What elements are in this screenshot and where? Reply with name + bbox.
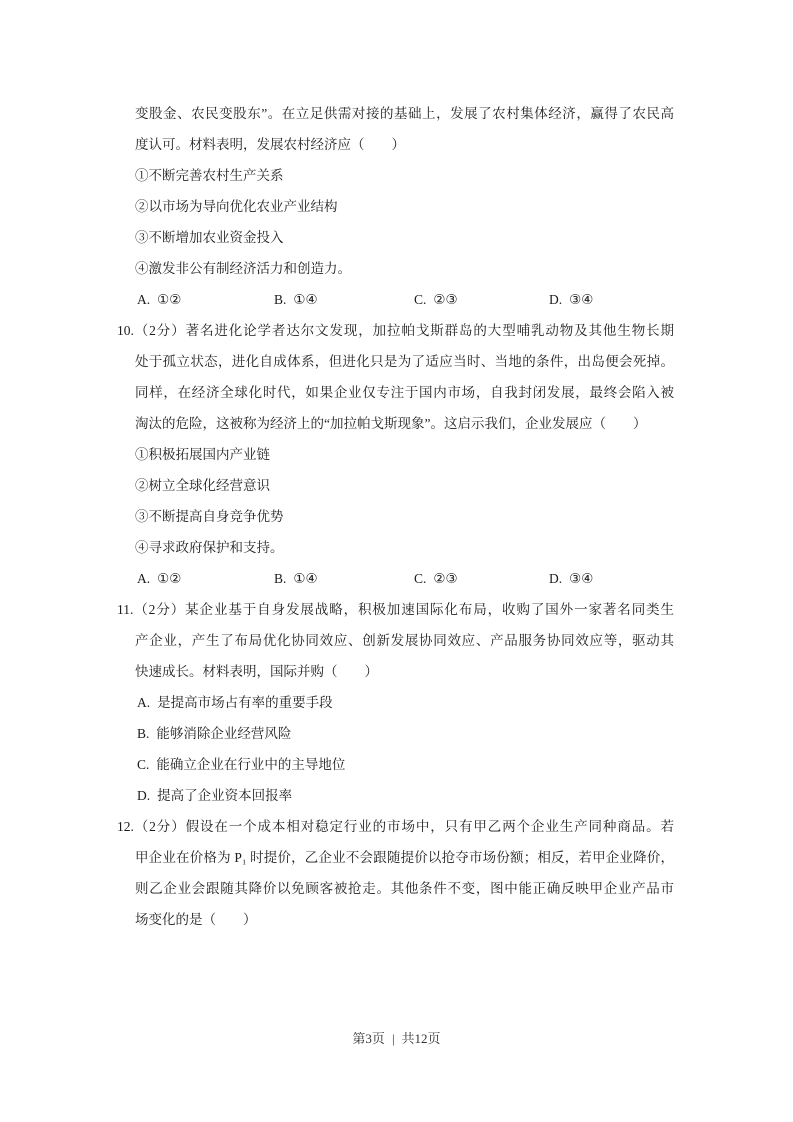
- question-12: 12.（2分）假设在一个成本相对稳定行业的市场中，只有甲乙两个企业生产同种商品。…: [117, 811, 674, 935]
- question-text-line: 10.（2分）著名进化论学者达尔文发现，加拉帕戈斯群岛的大型哺乳动物及其他生物长…: [117, 315, 674, 346]
- question-text-line: 12.（2分）假设在一个成本相对稳定行业的市场中，只有甲乙两个企业生产同种商品。…: [117, 811, 674, 842]
- choice-label: A.: [137, 571, 150, 586]
- question-text-line: 度认可。材料表明，发展农村经济应（ ）: [117, 129, 674, 160]
- option-text: 能确立企业在行业中的主导地位: [156, 757, 345, 772]
- choice-row: A.①② B.①④ C.②③ D.③④: [117, 563, 674, 594]
- question-text-line: 淘汰的危险，这被称为经济上的“加拉帕戈斯现象”。这启示我们，企业发展应（ ）: [117, 408, 674, 439]
- question-text-line: 产企业，产生了布局优化协同效应、创新发展协同效应、产品服务协同效应等，驱动其: [117, 625, 674, 656]
- option-b: B.能够消除企业经营风险: [117, 718, 674, 749]
- page-number: 第3页: [352, 1031, 385, 1046]
- option-label: C.: [137, 757, 149, 772]
- choice-label: C.: [414, 571, 426, 586]
- question-text-line: 变股金、农民变股东”。在立足供需对接的基础上，发展了农村集体经济，赢得了农民高: [117, 98, 674, 129]
- sub-item-4: ④激发非公有制经济活力和创造力。: [117, 253, 674, 284]
- page-total: 共12页: [402, 1031, 441, 1046]
- choice-d: D.③④: [549, 563, 674, 594]
- sub-item-3: ③不断提高自身竞争优势: [117, 501, 674, 532]
- question-text-line: 11.（2分）某企业基于自身发展战略，积极加速国际化布局，收购了国外一家著名同类…: [117, 594, 674, 625]
- choice-b: B.①④: [274, 563, 414, 594]
- option-label: A.: [137, 695, 150, 710]
- choice-value: ②③: [433, 292, 457, 307]
- choice-label: C.: [414, 292, 426, 307]
- choice-c: C.②③: [414, 284, 549, 315]
- question-text-line: 处于孤立状态，进化自成体系，但进化只是为了适应当时、当地的条件，出岛便会死掉。: [117, 346, 674, 377]
- option-label: D.: [137, 788, 150, 803]
- choice-b: B.①④: [274, 284, 414, 315]
- question-text-line: 场变化的是（ ）: [117, 904, 674, 935]
- choice-label: D.: [549, 292, 562, 307]
- sub-item-1: ①积极拓展国内产业链: [117, 439, 674, 470]
- question-9-continuation: 变股金、农民变股东”。在立足供需对接的基础上，发展了农村集体经济，赢得了农民高 …: [117, 98, 674, 315]
- question-10: 10.（2分）著名进化论学者达尔文发现，加拉帕戈斯群岛的大型哺乳动物及其他生物长…: [117, 315, 674, 594]
- question-text-line: 则乙企业会跟随其降价以免顾客被抢走。其他条件不变，图中能正确反映甲企业产品市: [117, 873, 674, 904]
- option-a: A.是提高市场占有率的重要手段: [117, 687, 674, 718]
- choice-label: B.: [274, 292, 286, 307]
- choice-value: ③④: [569, 292, 593, 307]
- choice-value: ①④: [293, 292, 317, 307]
- sub-item-3: ③不断增加农业资金投入: [117, 222, 674, 253]
- option-text: 能够消除企业经营风险: [156, 726, 291, 741]
- option-text: 提高了企业资本回报率: [157, 788, 292, 803]
- sub-item-2: ②树立全球化经营意识: [117, 470, 674, 501]
- sub-item-1: ①不断完善农村生产关系: [117, 160, 674, 191]
- choice-a: A.①②: [137, 284, 274, 315]
- choice-label: D.: [549, 571, 562, 586]
- choice-value: ①②: [157, 571, 181, 586]
- choice-value: ③④: [569, 571, 593, 586]
- option-c: C.能确立企业在行业中的主导地位: [117, 749, 674, 780]
- question-text-line: 同样，在经济全球化时代，如果企业仅专注于国内市场，自我封闭发展，最终会陷入被: [117, 377, 674, 408]
- exam-page: 变股金、农民变股东”。在立足供需对接的基础上，发展了农村集体经济，赢得了农民高 …: [0, 0, 793, 1122]
- question-text-line: 快速成长。材料表明，国际并购（ ）: [117, 656, 674, 687]
- page-content: 变股金、农民变股东”。在立足供需对接的基础上，发展了农村集体经济，赢得了农民高 …: [117, 98, 674, 935]
- choice-value: ①④: [293, 571, 317, 586]
- sub-item-4: ④寻求政府保护和支持。: [117, 532, 674, 563]
- sub-item-2: ②以市场为导向优化农业产业结构: [117, 191, 674, 222]
- choice-value: ①②: [157, 292, 181, 307]
- footer-separator: |: [392, 1031, 395, 1046]
- choice-label: A.: [137, 292, 150, 307]
- option-label: B.: [137, 726, 149, 741]
- choice-c: C.②③: [414, 563, 549, 594]
- choice-label: B.: [274, 571, 286, 586]
- option-text: 是提高市场占有率的重要手段: [157, 695, 333, 710]
- question-11: 11.（2分）某企业基于自身发展战略，积极加速国际化布局，收购了国外一家著名同类…: [117, 594, 674, 811]
- question-text-line: 甲企业在价格为 P₁ 时提价，乙企业不会跟随提价以抢夺市场份额；相反，若甲企业降…: [117, 842, 674, 873]
- choice-value: ②③: [433, 571, 457, 586]
- choice-row: A.①② B.①④ C.②③ D.③④: [117, 284, 674, 315]
- option-d: D.提高了企业资本回报率: [117, 780, 674, 811]
- page-footer: 第3页|共12页: [0, 1029, 793, 1049]
- choice-a: A.①②: [137, 563, 274, 594]
- choice-d: D.③④: [549, 284, 674, 315]
